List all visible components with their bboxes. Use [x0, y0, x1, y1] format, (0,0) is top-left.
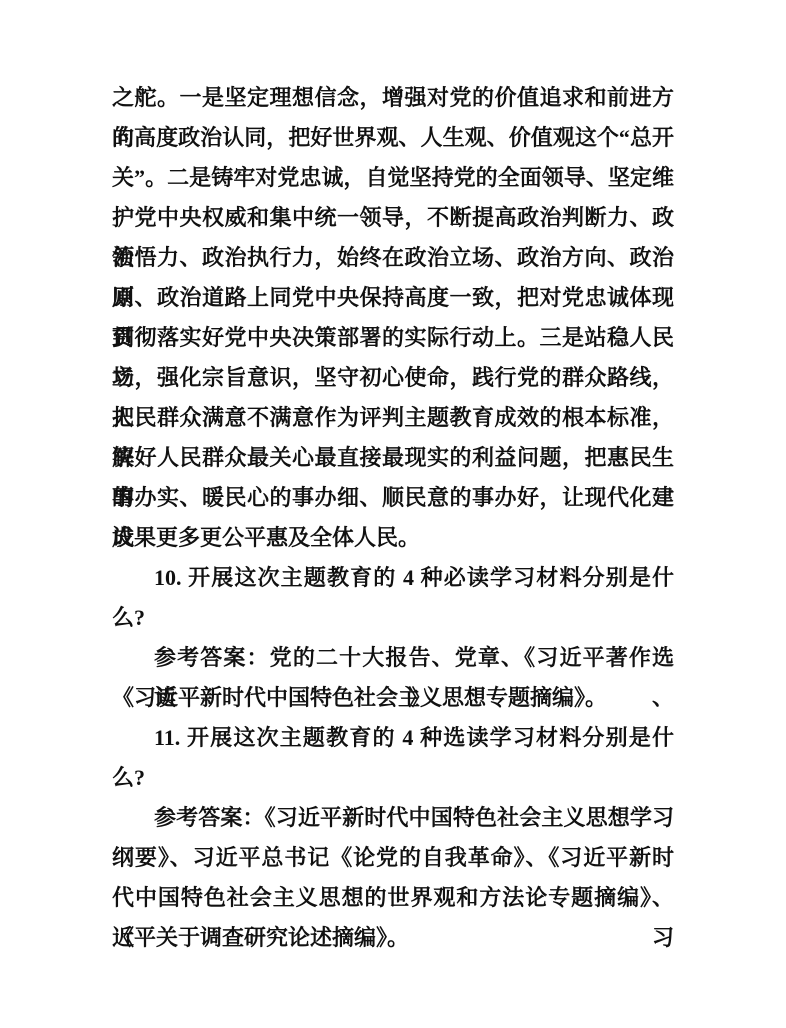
answer-11-line: 代中国特色社会主义思想的世界观和方法论专题摘编》、《习	[112, 878, 674, 918]
text-line: 领悟力、政治执行力，始终在政治立场、政治方向、政治原	[112, 238, 674, 278]
question-11-line: 11. 开展这次主题教育的 4 种选读学习材料分别是什	[154, 718, 674, 758]
question-10-line: 10. 开展这次主题教育的 4 种必读学习材料分别是什	[154, 558, 674, 598]
text-line: 场，强化宗旨意识，坚守初心使命，践行党的群众路线，把	[112, 358, 674, 398]
text-line: 关”。二是铸牢对党忠诚，自觉坚持党的全面领导、坚定维	[112, 158, 674, 198]
text-line: 事办实、暖民心的事办细、顺民意的事办好，让现代化建设	[112, 478, 674, 518]
text-line: 之舵。一是坚定理想信念，增强对党的价值追求和前进方向	[112, 78, 674, 118]
text-line: 决好人民群众最关心最直接最现实的利益问题，把惠民生的	[112, 438, 674, 478]
text-line: 则、政治道路上同党中央保持高度一致，把对党忠诚体现到	[112, 278, 674, 318]
question-10-line-end: 么?	[112, 598, 674, 638]
question-11-line-end: 么?	[112, 758, 674, 798]
text-line: 的高度政治认同，把好世界观、人生观、价值观这个“总开	[112, 118, 674, 158]
text-line: 护党中央权威和集中统一领导，不断提高政治判断力、政治	[112, 198, 674, 238]
text-line: 贯彻落实好党中央决策部署的实际行动上。三是站稳人民立	[112, 318, 674, 358]
answer-11-line: 参考答案：《习近平新时代中国特色社会主义思想学习	[154, 798, 674, 838]
answer-10-line-end: 《习近平新时代中国特色社会主义思想专题摘编》。	[112, 678, 674, 718]
text-line: 人民群众满意不满意作为评判主题教育成效的根本标准，解	[112, 398, 674, 438]
answer-11-line: 纲要》、习近平总书记《论党的自我革命》、《习近平新时	[112, 838, 674, 878]
answer-10-line: 参考答案：党的二十大报告、党章、《习近平著作选读》、	[154, 638, 674, 678]
text-line-paragraph-end: 成果更多更公平惠及全体人民。	[112, 518, 674, 558]
document-page: 之舵。一是坚定理想信念，增强对党的价值追求和前进方向 的高度政治认同，把好世界观…	[0, 0, 786, 1028]
document-text-block: 之舵。一是坚定理想信念，增强对党的价值追求和前进方向 的高度政治认同，把好世界观…	[112, 78, 674, 958]
